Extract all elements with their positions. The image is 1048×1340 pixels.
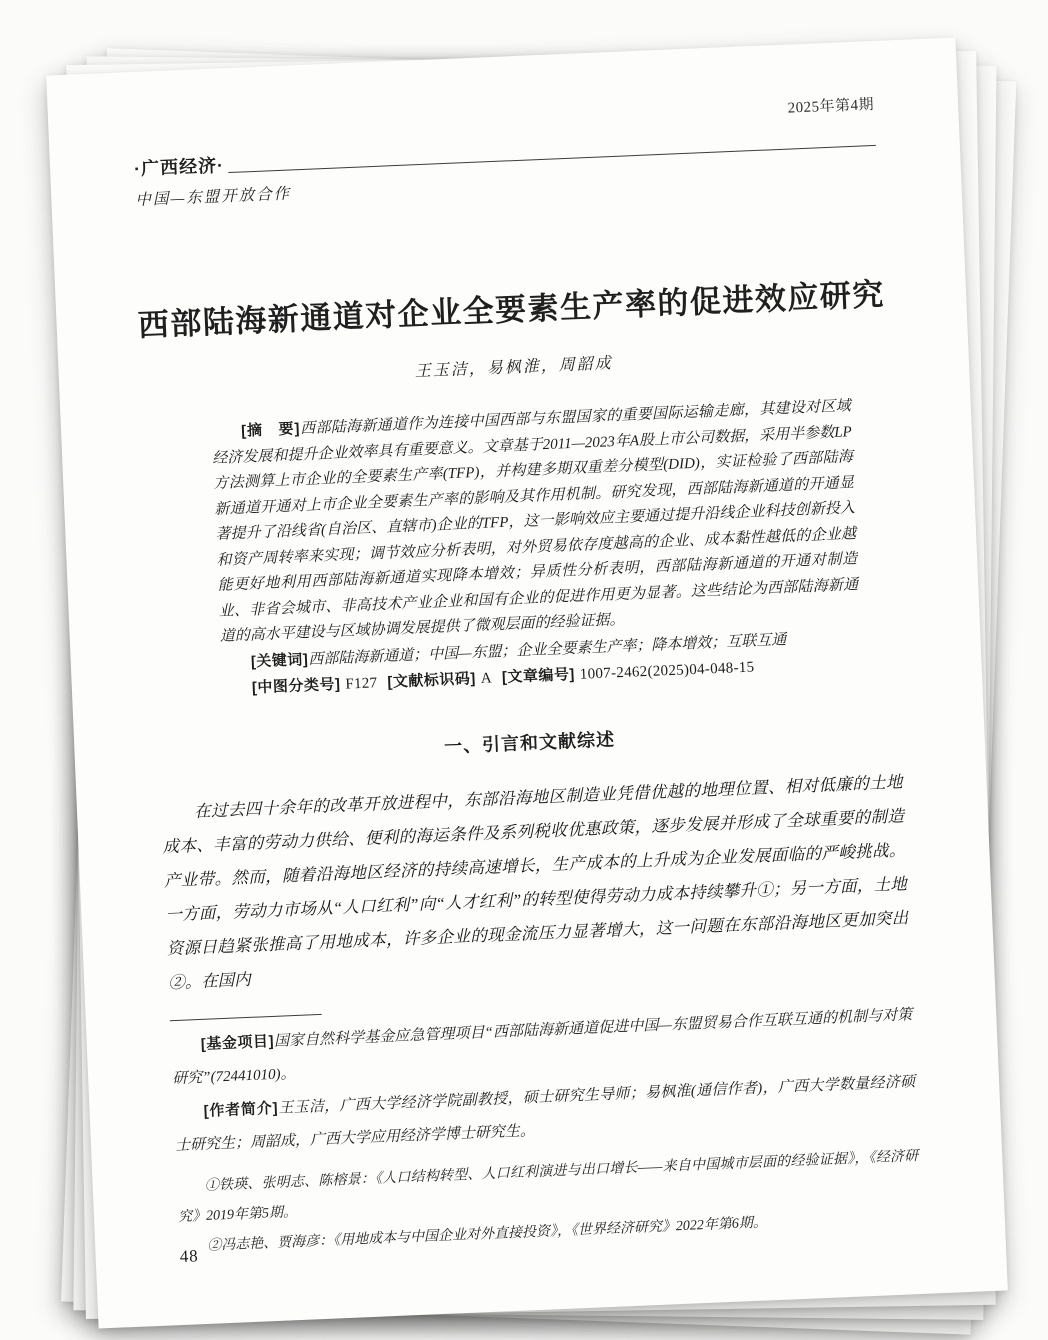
body-paragraph: 在过去四十余年的改革开放进程中，东部沿海地区制造业凭借优越的地理位置、相对低廉的… — [160, 765, 910, 1000]
abstract-text: 西部陆海新通道作为连接中国西部与东盟国家的重要国际运输走廊，其建设对区域经济发展… — [212, 399, 859, 646]
footnote-block: [基金项目]国家自然科学基金应急管理项目“西部陆海新通道促进中国—东盟贸易合作互… — [170, 989, 922, 1263]
article-id-label: [文章编号] — [502, 666, 576, 686]
footnote-rule — [170, 1014, 322, 1021]
journal-page: 2025年第4期 ·广西经济· 中国—东盟开放合作 西部陆海新通道对企业全要素生… — [46, 37, 1008, 1328]
article-title: 西部陆海新通道对企业全要素生产率的促进效应研究 — [96, 273, 927, 348]
doc-code-value: A — [481, 671, 493, 687]
article-id-value: 1007-2462(2025)04-048-15 — [580, 660, 755, 683]
abstract-block: [摘 要]西部陆海新通道作为连接中国西部与东盟国家的重要国际运输走廊，其建设对区… — [211, 394, 862, 704]
section-heading: 一、引言和文献综述 — [74, 710, 984, 774]
clc-value: F127 — [345, 676, 378, 693]
keywords-label: [关键词] — [251, 651, 309, 670]
doc-code-label: [文献标识码] — [387, 670, 476, 691]
abstract-label: [摘 要] — [241, 421, 300, 440]
clc-label: [中图分类号] — [252, 676, 341, 697]
page-number: 48 — [179, 1246, 199, 1267]
column-label: ·广西经济· — [134, 151, 225, 181]
fund-label: [基金项目] — [200, 1033, 274, 1053]
page-header: 2025年第4期 ·广西经济· 中国—东盟开放合作 — [132, 93, 877, 210]
abstract-paragraph: [摘 要]西部陆海新通道作为连接中国西部与东盟国家的重要国际运输走廊，其建设对区… — [211, 394, 860, 651]
article-authors: 王玉洁，易枫淮，周韶成 — [59, 336, 969, 397]
bio-label: [作者简介] — [203, 1100, 278, 1120]
paper-stack: 2025年第4期 ·广西经济· 中国—东盟开放合作 西部陆海新通道对企业全要素生… — [0, 0, 1048, 1340]
